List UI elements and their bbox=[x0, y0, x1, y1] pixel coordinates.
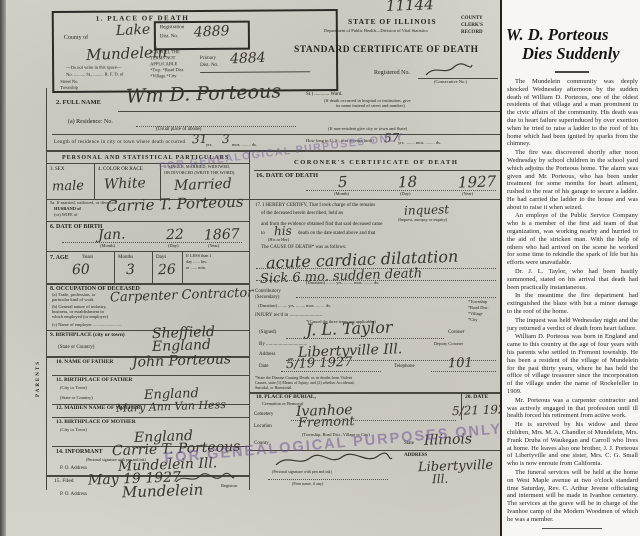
month-note: (Month) bbox=[100, 244, 115, 249]
mother-birthplace-label: 13. BIRTHPLACE OF MOTHER bbox=[56, 420, 136, 426]
color-value: White bbox=[104, 176, 146, 191]
news-paragraph: The fire was discovered shortly after no… bbox=[507, 149, 638, 211]
cause-footnote: Suicidal, or Homicidal. bbox=[255, 386, 292, 390]
full-name-value: Wm D. Porteous bbox=[126, 82, 282, 106]
news-paragraph: The Mundelein community was deeply shock… bbox=[507, 78, 638, 148]
dob-year-value: 1867 bbox=[204, 227, 240, 242]
month-note: (Month) bbox=[334, 192, 349, 197]
inquest-handwritten: inquest bbox=[404, 203, 449, 217]
age-years-label: Years bbox=[82, 255, 93, 260]
no-write-note: —Do not write in this space— bbox=[66, 66, 121, 71]
registered-no-scribble bbox=[424, 62, 474, 78]
injury-label: INJURY rec'd in ........................… bbox=[255, 313, 322, 318]
city-town-note: (City or Town) bbox=[60, 386, 87, 391]
residence-label: (a) Residence: No. bbox=[68, 119, 113, 125]
date-of-death-label: 16. DATE OF DEATH bbox=[256, 173, 318, 180]
rfd-line: No. .......... St., ......... R. F. D. o… bbox=[66, 72, 123, 77]
occupation-value: Carpenter Contractor bbox=[110, 287, 254, 305]
ward-note: St.) ............ Ward. bbox=[306, 92, 342, 97]
coroner-date-value: 5/19 1927 bbox=[286, 356, 353, 371]
township-margin-note: *Road Dist. bbox=[468, 306, 489, 311]
age-days-value: 26 bbox=[158, 263, 176, 278]
county-clerk-record: COUNTY bbox=[461, 16, 483, 21]
state-country-note: (State or Country) bbox=[60, 396, 93, 401]
location-value: Fremont bbox=[298, 415, 355, 430]
dob-label: 6. DATE OF BIRTH bbox=[50, 224, 102, 230]
age-months-label: Months bbox=[118, 255, 133, 260]
sex-label: 3. SEX bbox=[50, 167, 64, 172]
township-margin-note: *Township bbox=[468, 300, 487, 305]
news-headline-line2: Dies Suddenly bbox=[502, 45, 640, 64]
coroner-label: Coroner bbox=[448, 330, 464, 335]
news-paragraph: An employe of the Public Service Company… bbox=[507, 212, 638, 267]
informant-label: 14. INFORMANT bbox=[56, 449, 103, 455]
registration-dist-value: 4889 bbox=[194, 24, 230, 39]
news-paragraph: In the meantime the fire department had … bbox=[507, 292, 638, 315]
registrar-label: Registrar bbox=[221, 484, 238, 489]
primary-dist-label2: Dist. No. bbox=[200, 63, 218, 68]
filed-po-value: Mundelein bbox=[122, 483, 204, 501]
spouse-label: (or) WIFE of bbox=[54, 213, 78, 218]
father-name-value: John Porteous bbox=[132, 352, 231, 369]
primary-dist-label: Primary bbox=[200, 56, 216, 61]
headline-divider bbox=[555, 71, 589, 73]
state-heading: STATE OF ILLINOIS bbox=[348, 18, 437, 26]
father-birthplace-label: 11. BIRTHPLACE OF FATHER bbox=[56, 378, 132, 384]
length-months-value: 3 bbox=[222, 133, 230, 145]
undertaker-address-value: Libertyville bbox=[418, 459, 494, 475]
full-name-label: 2. FULL NAME bbox=[56, 100, 101, 107]
signed-label: (Signed) bbox=[259, 330, 276, 335]
occupation-c-note: (c) Name of employer ...................… bbox=[52, 323, 122, 328]
inquest-note: (Inquest, autopsy or inquiry) bbox=[398, 218, 447, 223]
age-less-note: If LESS than 1 bbox=[186, 254, 212, 259]
po-address-label: P. O. Address bbox=[60, 466, 87, 471]
duration-note: (Duration) ........ yrs. ........ mos. .… bbox=[258, 304, 331, 309]
signature-note: (Personal signature with pen and ink) bbox=[272, 470, 332, 474]
location-label: Location bbox=[254, 424, 272, 429]
news-paragraph: He is survived by his widow and three ch… bbox=[507, 421, 638, 468]
parents-section-label: PARENTS bbox=[36, 360, 41, 397]
primary-dist-value: 4884 bbox=[230, 51, 266, 66]
undertaker-address-value: Ill. bbox=[432, 473, 449, 486]
age-days-label: Days bbox=[156, 255, 166, 260]
age-less-note: day ...... hrs. bbox=[186, 260, 207, 265]
marital-label: OR DIVORCED (WRITE THE WORD) bbox=[164, 171, 234, 176]
city-town-note: (City or Town) bbox=[60, 428, 87, 433]
township-label: Township bbox=[60, 86, 78, 91]
news-clipping: W. D. Porteous Dies Suddenly The Mundele… bbox=[500, 0, 640, 536]
length-units: yrs. bbox=[206, 143, 213, 148]
contributory-label: Contributory bbox=[255, 289, 281, 294]
news-paragraph: The inquest was held Wednesday night and… bbox=[507, 317, 638, 333]
spouse-label: HUSBAND of bbox=[54, 207, 81, 212]
po-address-label: P. O. Address bbox=[60, 492, 87, 497]
telephone-value: 101 bbox=[448, 357, 473, 371]
undertaker-address-label: ADDRESS bbox=[404, 453, 427, 458]
marital-value: Married bbox=[174, 177, 232, 193]
news-headline-line1: W. D. Porteous bbox=[502, 0, 640, 45]
coroner-signature: J. L. Taylor bbox=[306, 319, 393, 338]
age-less-note: or ...... min. bbox=[186, 266, 206, 271]
cancel-note: *Village *City bbox=[150, 74, 176, 79]
dod-month-value: 5 bbox=[338, 175, 348, 190]
certify-text: 17. I HEREBY CERTIFY, That I took charge… bbox=[255, 203, 375, 208]
county-clerk-record: CLERK'S bbox=[461, 23, 483, 28]
color-label: 4. COLOR OR RACE bbox=[98, 167, 143, 172]
father-name-label: 10. NAME OF FATHER bbox=[56, 360, 113, 366]
scanned-page: 11144 1. PLACE OF DEATH County of Lake R… bbox=[0, 0, 640, 536]
news-paragraph: The funeral services will be held at the… bbox=[507, 469, 638, 524]
county-value: Lake bbox=[116, 23, 151, 38]
article-end-rule bbox=[542, 528, 602, 529]
certificate-title: STANDARD CERTIFICATE OF DEATH bbox=[294, 46, 479, 56]
day-note: (Day) bbox=[168, 244, 179, 249]
cause-of-death-label: The CAUSE OF DEATH* was as follows: bbox=[261, 245, 346, 250]
duration-note: (Duration) ........ yrs. ........ mos. .… bbox=[306, 281, 379, 286]
news-paragraph: Dr. J. L. Taylor, who had been hastily s… bbox=[507, 268, 638, 291]
death-certificate: 11144 1. PLACE OF DEATH County of Lake R… bbox=[6, 0, 500, 536]
registration-label: Registration bbox=[160, 25, 184, 30]
registered-no-label: Registered No. bbox=[374, 70, 410, 76]
news-paragraph: Mr. Porteous was a carpenter contractor … bbox=[507, 397, 638, 420]
county-label: County of bbox=[64, 35, 88, 41]
hospital-note: its name instead of street and number) bbox=[336, 104, 405, 109]
coroners-certificate-heading: CORONER'S CERTIFICATE OF DEATH bbox=[294, 160, 458, 167]
township-margin-note: *Village bbox=[468, 312, 483, 317]
mother-maiden-value: Mary Ann Van Hess bbox=[116, 399, 226, 414]
sex-value: male bbox=[52, 179, 84, 193]
age-months-value: 3 bbox=[126, 263, 135, 277]
his-handwritten: his bbox=[274, 225, 292, 238]
dob-month-value: Jan. bbox=[98, 228, 126, 243]
address-label: Address bbox=[259, 352, 275, 357]
age-label: 7. AGE bbox=[50, 255, 69, 261]
dod-day-value: 18 bbox=[398, 175, 418, 191]
township-margin-note: *City bbox=[468, 318, 478, 323]
county-clerk-record: RECORD bbox=[461, 30, 483, 35]
his-her-note: (His or Her) bbox=[268, 238, 289, 243]
deputy-coroner-label: Deputy Coroner bbox=[434, 342, 463, 347]
age-years-value: 60 bbox=[72, 263, 90, 278]
news-paragraph: William D. Porteous was born in England … bbox=[507, 333, 638, 395]
dist-no-label: Dist. No. bbox=[160, 34, 178, 39]
date-label: Date bbox=[259, 364, 268, 369]
certify-text: death on the date stated above and that bbox=[298, 231, 375, 236]
consecutive-note: (Consecutive No.) bbox=[434, 80, 467, 85]
filed-label: 15. Filed bbox=[54, 479, 74, 485]
state-country-note: (State or Country) bbox=[58, 345, 94, 350]
registration-dist-box: Registration Dist. No. 4889 bbox=[154, 21, 250, 51]
dob-day-value: 22 bbox=[166, 228, 184, 243]
birthplace-label: 9. BIRTHPLACE (city or town) bbox=[50, 333, 125, 339]
occupation-b-note: which employed (or employer) bbox=[52, 315, 108, 320]
spouse-value: Carrie T. Porteous bbox=[106, 195, 244, 215]
certify-text: to bbox=[261, 231, 265, 236]
day-note: (Day) bbox=[400, 192, 411, 197]
length-units: mos. ........ ds. bbox=[232, 143, 257, 148]
contributory-label: (Secondary) bbox=[255, 295, 279, 300]
year-note: (Year) bbox=[208, 244, 219, 249]
certify-text: of the deceased herein described, held a… bbox=[261, 211, 343, 216]
firm-note: (Firm name, if any) bbox=[292, 482, 323, 486]
department-line: Department of Public Health—Division of … bbox=[324, 29, 428, 34]
telephone-label: Telephone bbox=[394, 364, 415, 369]
dod-year-value: 1927 bbox=[458, 174, 497, 190]
place-of-burial-label: 18. PLACE OF BURIAL, bbox=[256, 395, 316, 401]
year-note: (Year) bbox=[462, 192, 473, 197]
length-residence-label: Length of residence in city or town wher… bbox=[54, 140, 185, 145]
cemetery-label: Cemetery bbox=[254, 412, 273, 417]
burial-date-label: 20. DATE bbox=[465, 395, 488, 401]
occupation-a-note: particular kind of work bbox=[52, 298, 94, 303]
file-number-handwritten: 11144 bbox=[386, 0, 434, 14]
